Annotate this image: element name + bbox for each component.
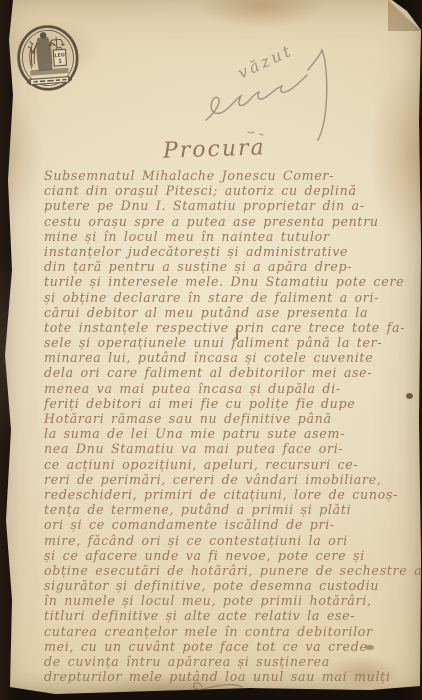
handwritten-line: tote instanțele respective prin care tre… [44, 320, 422, 335]
document-body: Subsemnatul Mihalache Jonescu Comer- cia… [0, 168, 422, 684]
handwritten-line: ce acțiuni opozițiuni, apeluri, recursur… [44, 457, 422, 472]
fiscal-stamp: LEU 1 [14, 23, 83, 95]
handwritten-line: feriți debitori ai mei fie cu polițe fie… [44, 396, 422, 411]
handwritten-line: minarea lui, putând încasa și cotele cuv… [44, 350, 422, 365]
handwritten-line: și ce afacere unde va fi nevoe, pote cer… [44, 548, 422, 563]
handwritten-line: turile și interesele mele. Dnu Stamatiu … [44, 274, 422, 289]
end-flourish-mark [188, 678, 244, 694]
scanned-document-page: LEU 1 văzut Procura Subsemnatul Mihalach… [0, 0, 422, 700]
handwritten-line: nea Dnu Stamatiu va mai putea face ori- [44, 441, 422, 456]
handwritten-line: în numele și locul meu, pote primii hotă… [44, 593, 422, 608]
handwritten-line: putere pe Dnu I. Stamatiu proprietar din… [44, 198, 422, 213]
handwritten-line: cestu orașu spre a putea ase presenta pe… [44, 214, 422, 229]
handwritten-line: titluri definitive și alte acte relativ … [44, 608, 422, 623]
handwritten-line: sigurător și definitive, pote desemna cu… [44, 578, 422, 593]
handwritten-line: obține esecutări de hotărâri, punere de … [44, 563, 422, 578]
handwritten-line: Subsemnatul Mihalache Jonescu Comer- [44, 168, 422, 183]
handwritten-line: instanțelor judecătorești și administrat… [44, 244, 422, 259]
handwritten-line: mei, cu un cuvânt pote face tot ce va cr… [44, 639, 422, 654]
stamp-base [31, 68, 68, 75]
handwritten-line: sele și operațiunele unui faliment până … [44, 335, 422, 350]
handwritten-line: și obține declarare în stare de faliment… [44, 290, 422, 305]
stamp-plants [28, 41, 37, 69]
handwritten-line: cutarea creanțelor mele în contra debito… [44, 624, 422, 639]
document-title: Procura [163, 135, 266, 164]
handwritten-line: tența de termene, putând a primii și plă… [44, 502, 422, 517]
handwritten-line: mire, făcând ori și ce contestațiuni la … [44, 533, 422, 548]
handwritten-line: reri de perimări, cereri de vândari imob… [44, 472, 422, 487]
handwritten-line: la suma de lei Una mie patru sute asem- [44, 426, 422, 441]
stamp-value-tablet: LEU 1 [53, 47, 66, 66]
handwritten-line: ciant din orașul Pitesci; autoriz cu dep… [44, 183, 422, 198]
handwritten-line: din țară pentru a susține și a apăra dre… [44, 259, 422, 274]
handwritten-line: ori și ce comandamente iscălind de pri- [44, 517, 422, 532]
signature-scribble [188, 28, 358, 148]
handwritten-line: de cuvința întru apărarea și susținerea [44, 654, 422, 669]
stamp-leu-value: 1 [58, 59, 62, 65]
handwritten-line: redeschideri, primiri de citațiuni, lore… [44, 487, 422, 502]
handwritten-line: dela ori care faliment al debitorilor me… [44, 365, 422, 380]
handwritten-line: mine și în locul meu în naintea tutulor [44, 229, 422, 244]
handwritten-line: menea va mai putea încasa și dupăla di- [44, 381, 422, 396]
handwritten-line: cărui debitor al meu putând ase presenta… [44, 305, 422, 320]
handwritten-line: Hotărari rămase sau nu definitive până [44, 411, 422, 426]
